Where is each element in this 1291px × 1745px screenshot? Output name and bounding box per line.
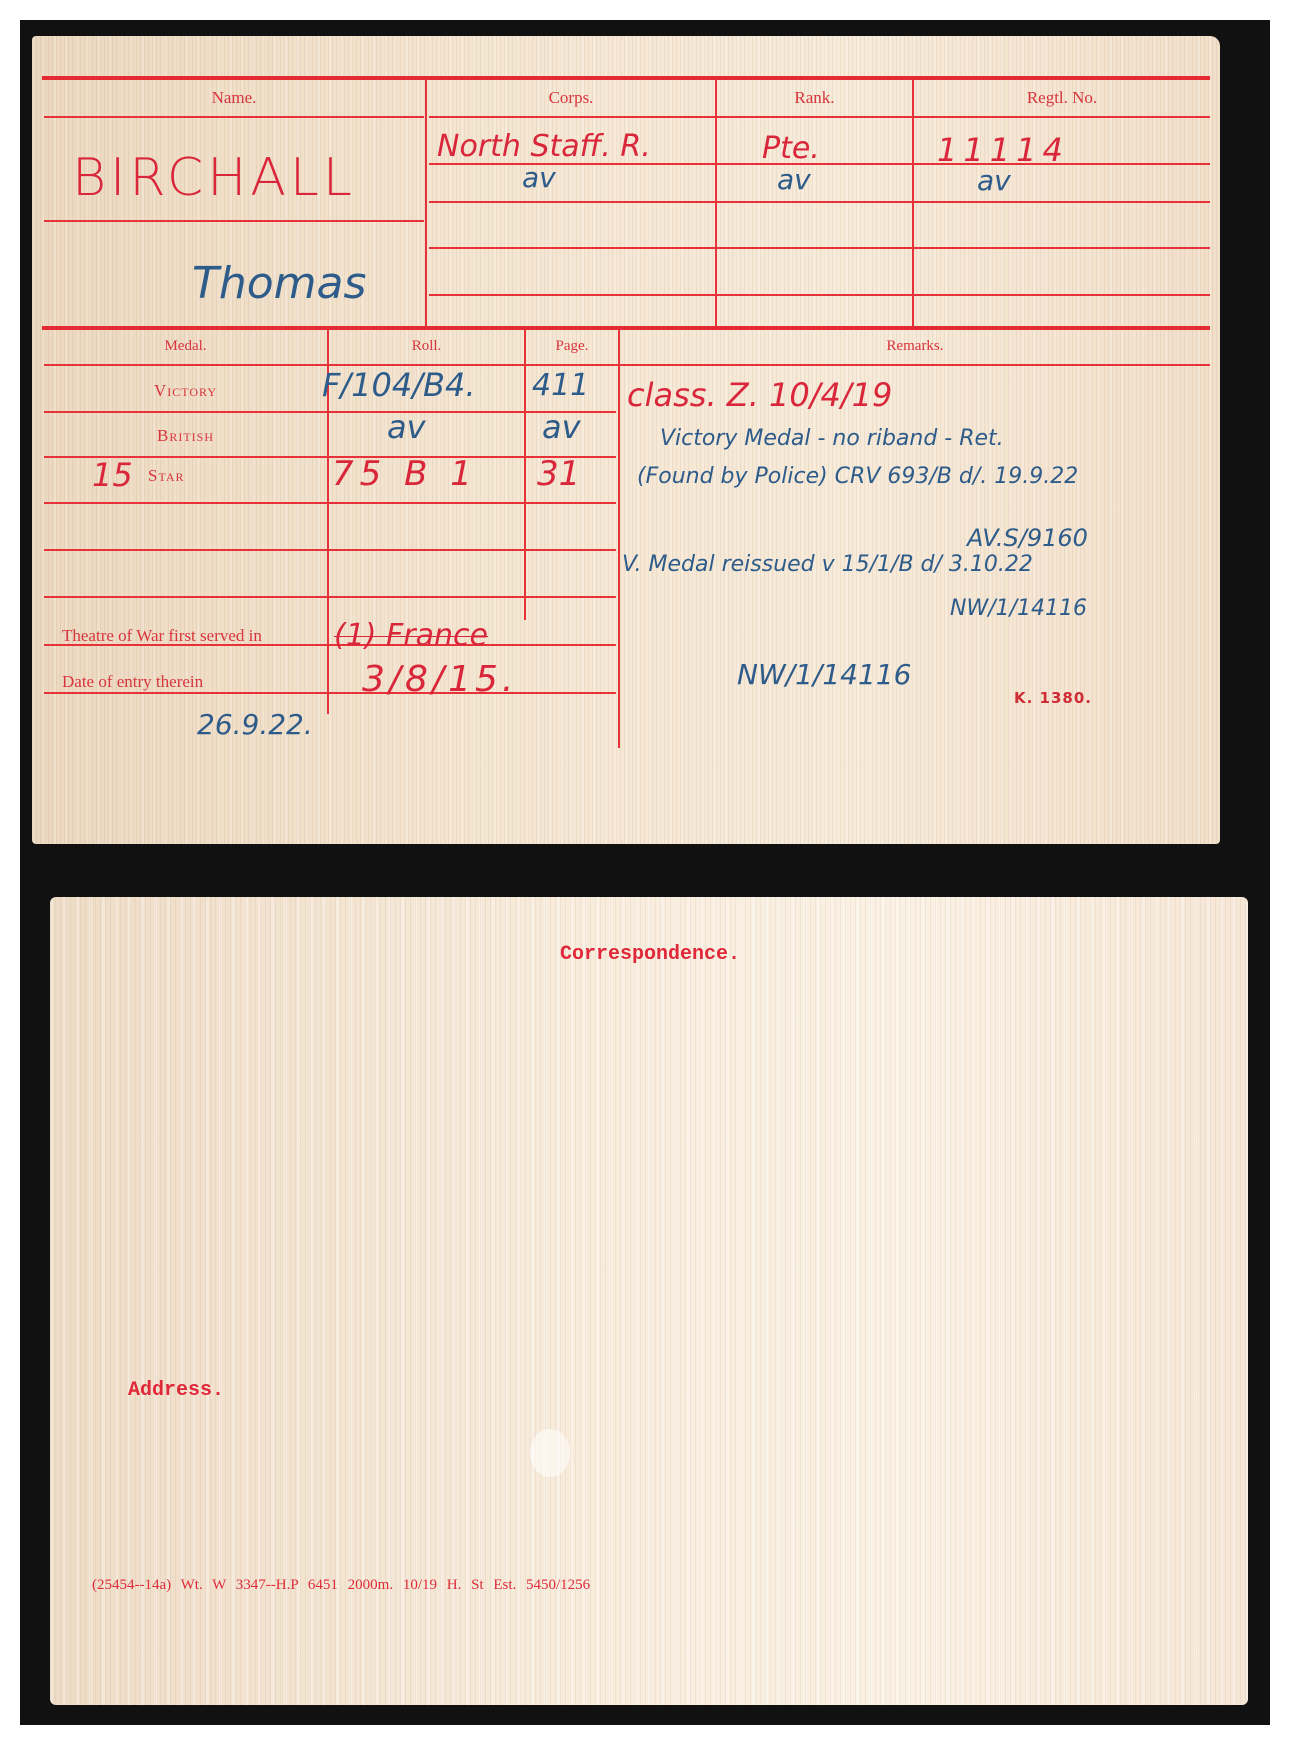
header-name: Name.: [44, 88, 424, 108]
header-remarks: Remarks.: [620, 338, 1210, 355]
corps-value: North Staff. R.: [437, 129, 651, 164]
rule: [429, 294, 1210, 296]
rule: [429, 116, 1210, 118]
rule: [44, 549, 616, 551]
rule: [44, 364, 1210, 366]
entry-value: 3/8/15.: [362, 659, 517, 700]
address-label: Address.: [128, 1379, 224, 1402]
divider-page-remarks: [618, 330, 620, 748]
printer-line: (25454--14a) Wt. W 3347--H.P 6451 2000m.…: [92, 1577, 590, 1594]
top-rule: [42, 76, 1210, 80]
form-code: K. 1380.: [1014, 689, 1092, 707]
header-rank: Rank.: [717, 88, 912, 108]
roll-star: 75 B 1: [332, 454, 478, 494]
roll-victory: F/104/B4.: [322, 366, 476, 404]
rank-verified-mark: av: [777, 163, 811, 196]
regno-verified-mark: av: [977, 164, 1011, 197]
rule: [429, 201, 1210, 203]
header-corps: Corps.: [427, 88, 715, 108]
rank-value: Pte.: [762, 131, 820, 166]
medal-label-star: Star: [148, 466, 185, 486]
rule: [44, 692, 616, 694]
rule: [44, 411, 616, 413]
rule: [44, 116, 424, 118]
medal-label-victory: Victory: [44, 381, 327, 401]
page-british: av: [542, 408, 581, 446]
divider-name-corps: [425, 80, 427, 326]
surname: BIRCHALL: [72, 148, 356, 208]
header-regtl-no: Regtl. No.: [914, 88, 1210, 108]
medal-label-british: British: [44, 426, 327, 446]
remark-class-z: class. Z. 10/4/19: [627, 376, 892, 414]
corps-verified-mark: av: [522, 161, 556, 194]
remark-found-by-police: (Found by Police) CRV 693/B d/. 19.9.22: [637, 464, 1078, 489]
forename: Thomas: [192, 258, 366, 309]
medal-card-front: Name. Corps. Rank. Regtl. No. BIRCHALL T…: [32, 36, 1220, 844]
theatre-label: Theatre of War first served in: [62, 626, 262, 646]
remark-reissued: V. Medal reissued v 15/1/B d/ 3.10.22: [622, 552, 1033, 577]
remark-av-ref: AV.S/9160: [967, 524, 1088, 552]
medal-prefix-15: 15: [92, 456, 133, 494]
medal-card-back: Correspondence. Address. (25454--14a) Wt…: [50, 897, 1248, 1705]
rule: [44, 502, 616, 504]
entry-label: Date of entry therein: [62, 672, 203, 692]
rule: [429, 247, 1210, 249]
page-star: 31: [537, 454, 580, 494]
rule: [44, 220, 424, 222]
rule: [44, 596, 616, 598]
header-roll: Roll.: [329, 338, 524, 355]
header-page: Page.: [526, 338, 618, 355]
remark-nw-ref-2: NW/1/14116: [737, 658, 911, 691]
paper-blemish: [530, 1429, 570, 1477]
bottom-date: 26.9.22.: [197, 708, 313, 741]
correspondence-label: Correspondence.: [480, 943, 820, 966]
remark-nw-ref-1: NW/1/14116: [950, 596, 1087, 621]
medal-top-rule: [42, 326, 1210, 330]
roll-british: av: [387, 408, 426, 446]
header-medal: Medal.: [44, 338, 327, 355]
divider-roll-page: [524, 330, 526, 620]
remark-victory-medal: Victory Medal - no riband - Ret.: [660, 426, 1004, 451]
page-victory: 411: [532, 368, 589, 403]
theatre-value: (1) France: [334, 618, 488, 653]
